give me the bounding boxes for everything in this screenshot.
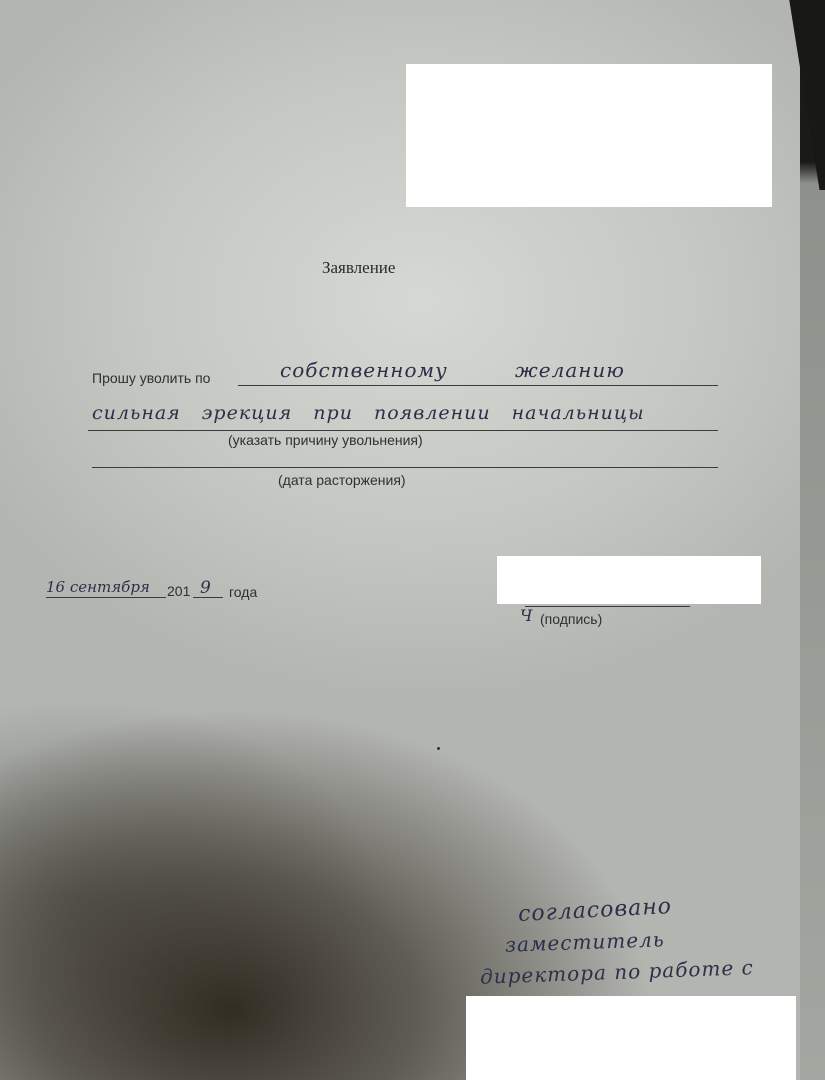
- handwritten-date: 16 сентября: [46, 578, 150, 596]
- request-prefix: Прошу уволить по: [92, 370, 210, 386]
- signature: Ч: [520, 606, 533, 625]
- handwritten-reason-1: собственному желанию: [280, 358, 625, 382]
- day-month-line: [46, 597, 166, 598]
- ink-dot: [437, 747, 440, 750]
- reason-line-1: [238, 385, 718, 386]
- document-title: Заявление: [322, 258, 395, 278]
- reason-caption: (указать причину увольнения): [228, 432, 423, 448]
- signature-line: [525, 606, 690, 607]
- redaction-header: [406, 64, 772, 207]
- signature-caption: (подпись): [540, 611, 602, 627]
- handwritten-year: 9: [200, 578, 212, 598]
- year-prefix: 201: [167, 583, 190, 599]
- date-caption: (дата расторжения): [278, 472, 406, 488]
- redaction-footer: [466, 996, 796, 1080]
- redaction-name: [497, 556, 761, 604]
- reason-line-2: [88, 430, 718, 431]
- handwritten-reason-2: сильная эрекция при появлении начальницы: [92, 402, 645, 424]
- year-suffix: года: [229, 584, 257, 600]
- date-line: [92, 467, 718, 468]
